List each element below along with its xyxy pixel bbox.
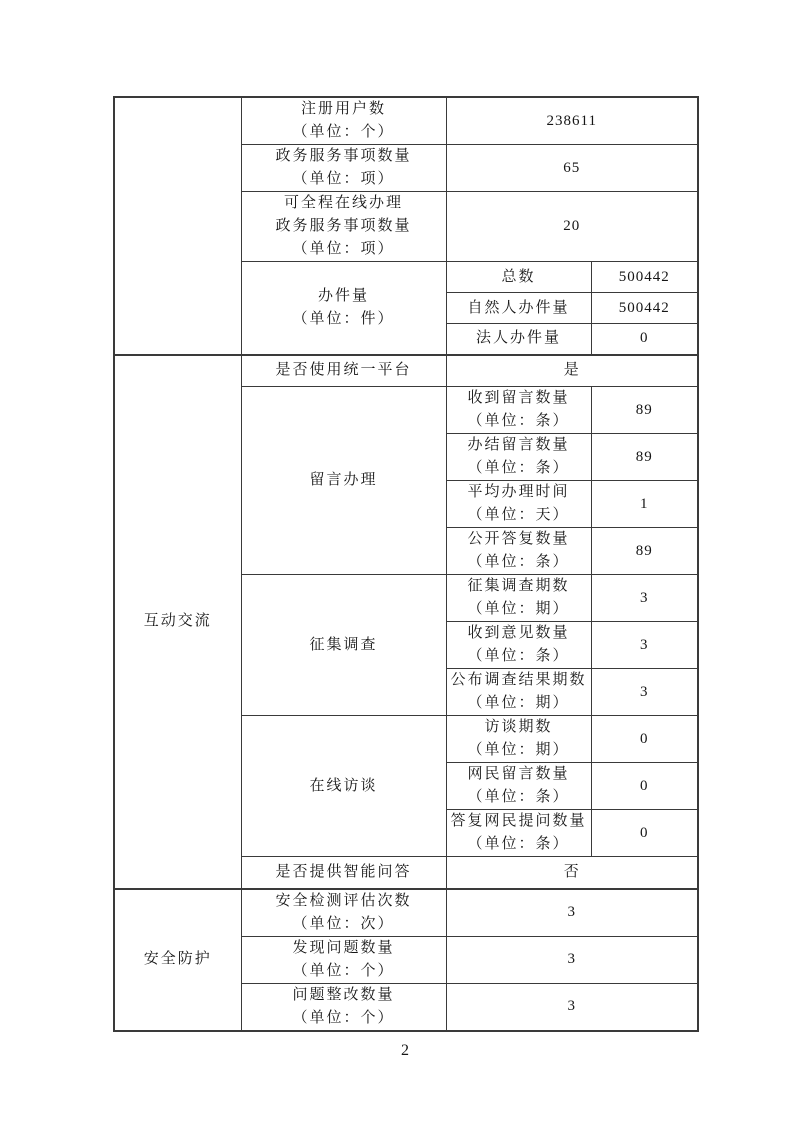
row-value-smart-qa: 否	[446, 857, 698, 889]
category-cell-interaction: 互动交流	[114, 355, 241, 889]
row-value-problems-rectified: 3	[446, 983, 698, 1031]
row-label-problems-found: 发现问题数量 （单位：个）	[241, 936, 446, 983]
subrow-label-interview-periods: 访谈期数 （单位：期）	[446, 716, 591, 763]
row-label-message-handling: 留言办理	[241, 387, 446, 575]
row-label-online-interview: 在线访谈	[241, 716, 446, 857]
subrow-value-survey-results-published: 3	[591, 669, 698, 716]
row-value-online-service-items: 20	[446, 192, 698, 262]
subrow-label-messages-resolved: 办结留言数量 （单位：条）	[446, 434, 591, 481]
row-label-security-assessments: 安全检测评估次数 （单位：次）	[241, 889, 446, 937]
row-label-survey-collection: 征集调查	[241, 575, 446, 716]
row-value-security-assessments: 3	[446, 889, 698, 937]
row-label-service-items: 政务服务事项数量 （单位：项）	[241, 145, 446, 192]
subrow-label-survey-results-published: 公布调查结果期数 （单位：期）	[446, 669, 591, 716]
row-label-smart-qa: 是否提供智能问答	[241, 857, 446, 889]
row-label-registered-users: 注册用户数 （单位：个）	[241, 97, 446, 145]
subrow-label-survey-periods: 征集调查期数 （单位：期）	[446, 575, 591, 622]
category-cell-security: 安全防护	[114, 889, 241, 1031]
row-label-case-volume: 办件量 （单位：件）	[241, 262, 446, 355]
subrow-value-total: 500442	[591, 262, 698, 293]
row-label-online-service-items: 可全程在线办理 政务服务事项数量 （单位：项）	[241, 192, 446, 262]
row-value-service-items: 65	[446, 145, 698, 192]
subrow-label-natural-person: 自然人办件量	[446, 293, 591, 324]
row-value-problems-found: 3	[446, 936, 698, 983]
subrow-value-average-handling-time: 1	[591, 481, 698, 528]
statistics-table: 注册用户数 （单位：个） 238611 政务服务事项数量 （单位：项） 65 可…	[113, 96, 699, 1032]
subrow-label-messages-received: 收到留言数量 （单位：条）	[446, 387, 591, 434]
subrow-value-public-replies: 89	[591, 528, 698, 575]
subrow-value-netizen-questions-answered: 0	[591, 810, 698, 857]
subrow-value-natural-person: 500442	[591, 293, 698, 324]
subrow-value-legal-person: 0	[591, 324, 698, 355]
subrow-value-netizen-messages: 0	[591, 763, 698, 810]
subrow-value-messages-resolved: 89	[591, 434, 698, 481]
subrow-label-public-replies: 公开答复数量 （单位：条）	[446, 528, 591, 575]
subrow-value-messages-received: 89	[591, 387, 698, 434]
row-value-registered-users: 238611	[446, 97, 698, 145]
subrow-value-survey-periods: 3	[591, 575, 698, 622]
subrow-label-average-handling-time: 平均办理时间 （单位：天）	[446, 481, 591, 528]
subrow-label-netizen-messages: 网民留言数量 （单位：条）	[446, 763, 591, 810]
page-number: 2	[113, 1042, 697, 1060]
document-page: 注册用户数 （单位：个） 238611 政务服务事项数量 （单位：项） 65 可…	[0, 0, 793, 1122]
subrow-label-netizen-questions-answered: 答复网民提问数量 （单位：条）	[446, 810, 591, 857]
category-cell-empty	[114, 97, 241, 355]
subrow-label-opinions-received: 收到意见数量 （单位：条）	[446, 622, 591, 669]
subrow-value-interview-periods: 0	[591, 716, 698, 763]
row-value-unified-platform: 是	[446, 355, 698, 387]
subrow-label-legal-person: 法人办件量	[446, 324, 591, 355]
row-label-problems-rectified: 问题整改数量 （单位：个）	[241, 983, 446, 1031]
subrow-label-total: 总数	[446, 262, 591, 293]
row-label-unified-platform: 是否使用统一平台	[241, 355, 446, 387]
subrow-value-opinions-received: 3	[591, 622, 698, 669]
